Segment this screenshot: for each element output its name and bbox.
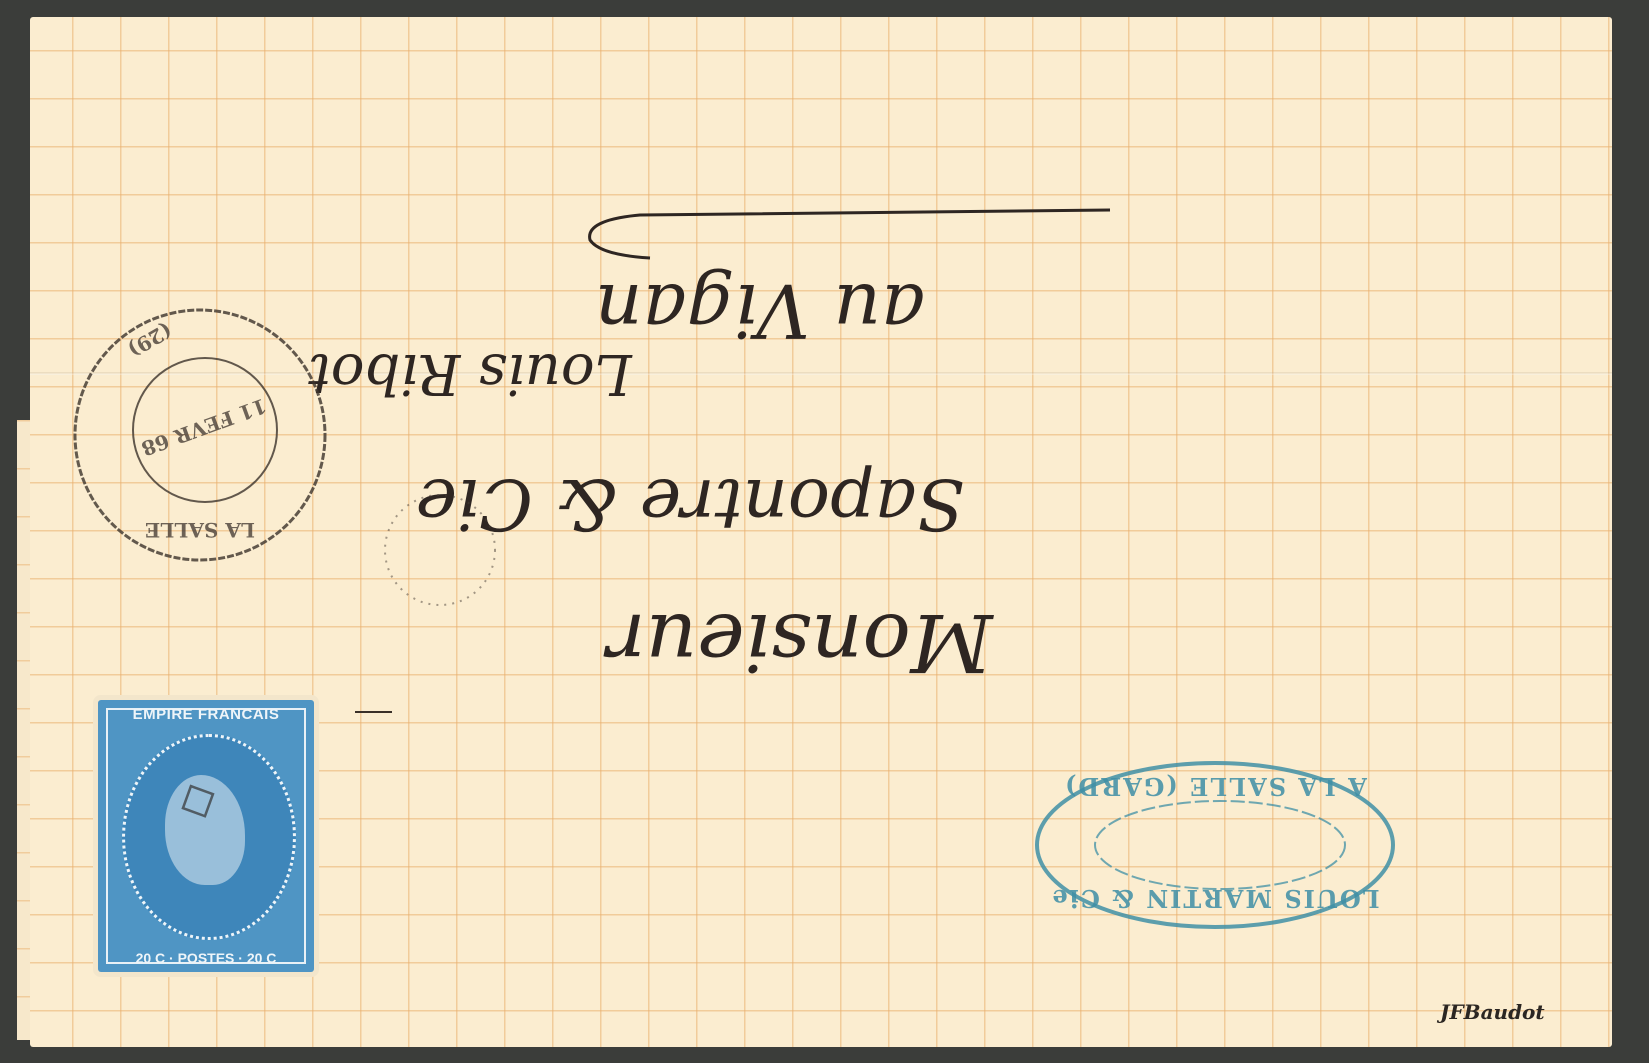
stamp-bottom-text: 20 C · POSTES · 20 C: [98, 950, 314, 966]
company-cachet: LOUIS MARTIN & Cie A LA SALLE (GARD): [1037, 763, 1393, 927]
svg-text:Monsieur: Monsieur: [603, 596, 995, 689]
address-line-2: Louis Ribot: [308, 341, 633, 406]
svg-text:au Vigan: au Vigan: [595, 267, 925, 353]
svg-text:Sapontre & Cie: Sapontre & Cie: [416, 463, 965, 545]
svg-text:LA SALLE: LA SALLE: [145, 518, 255, 542]
address-line-4: au Vigan: [595, 267, 925, 353]
stamp-top-text: EMPIRE FRANCAIS: [98, 706, 314, 723]
svg-text:11 FEVR 68: 11 FEVR 68: [138, 393, 269, 460]
svg-text:Louis Ribot: Louis Ribot: [308, 341, 633, 406]
svg-text:(29): (29): [124, 318, 177, 362]
expert-signature: JFBaudot: [1440, 1000, 1545, 1024]
address-line-3: Sapontre & Cie: [416, 463, 965, 545]
svg-text:A LA SALLE (GARD): A LA SALLE (GARD): [1063, 772, 1368, 801]
address-line-1: Monsieur: [603, 596, 995, 689]
postage-stamp: EMPIRE FRANCAIS ◇ 20 C · POSTES · 20 C: [98, 700, 314, 972]
svg-text:LOUIS MARTIN & Cie: LOUIS MARTIN & Cie: [1050, 884, 1379, 913]
date-postmark: 11 FEVR 68 LA SALLE (29): [75, 310, 325, 560]
address-flourish: [590, 210, 1110, 258]
stamp-medallion: [122, 734, 296, 940]
